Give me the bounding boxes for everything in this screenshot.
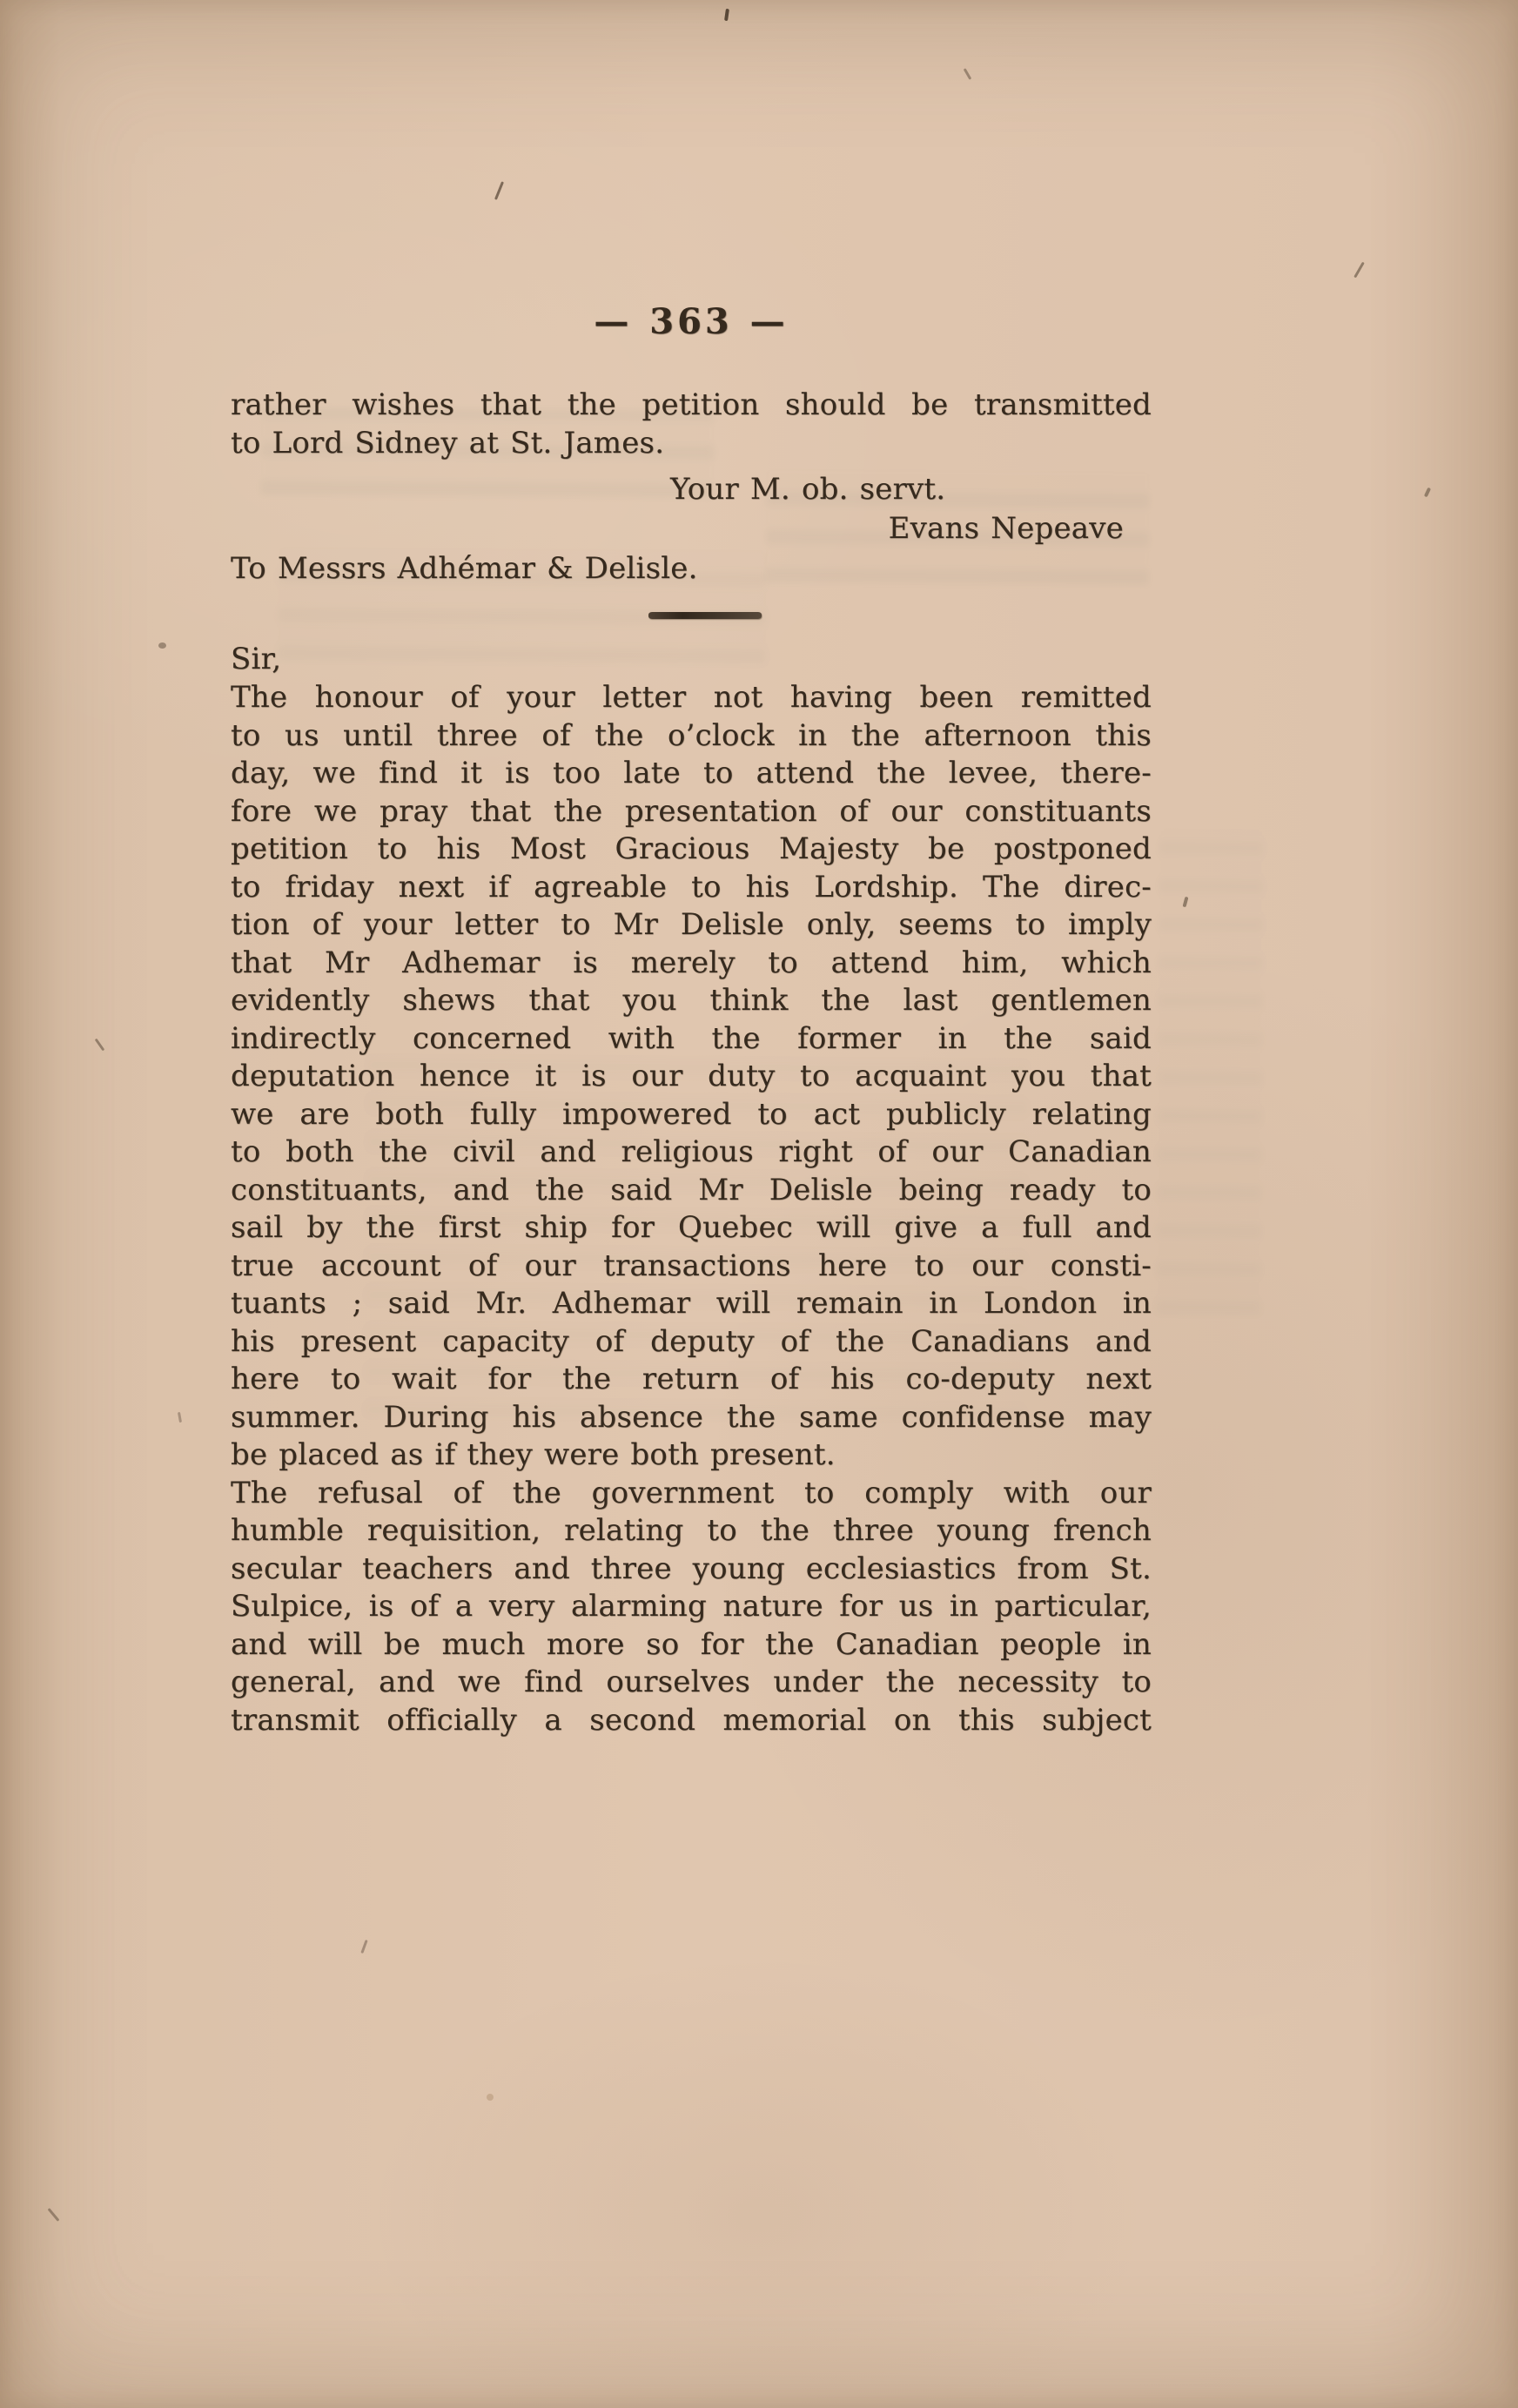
text-line: constituants, and the said Mr Delisle be… (231, 1172, 1152, 1210)
text-line: day, we find it is too late to attend th… (231, 755, 1152, 793)
text-line: to friday next if agreable to his Lordsh… (231, 869, 1152, 907)
text-line: transmit officially a second memorial on… (231, 1702, 1152, 1740)
letter-paragraph-2: The refusal of the government to comply … (231, 1475, 1152, 1740)
text-line: fore we pray that the presentation of ou… (231, 793, 1152, 831)
section-divider-rule (648, 612, 762, 619)
bleed-through-patch (1156, 827, 1264, 1315)
letter-body: The honour of your letter not having bee… (231, 679, 1152, 1739)
paper-speck (158, 642, 166, 649)
text-line: petition to his Most Gracious Majesty be… (231, 831, 1152, 869)
text-line: summer. During his absence the same conf… (231, 1399, 1152, 1437)
valediction: Your M. ob. servt. (231, 471, 1518, 509)
paper-speck (48, 2208, 60, 2222)
text-line: sail by the first ship for Quebec will g… (231, 1209, 1152, 1248)
text-line: his present capacity of deputy of the Ca… (231, 1323, 1152, 1362)
text-line: tuants ; said Mr. Adhemar will remain in… (231, 1285, 1152, 1323)
paper-speck (1183, 897, 1189, 908)
printed-area: — 363 — rather wishes that the petition … (231, 0, 1152, 2408)
text-line: The refusal of the government to comply … (231, 1475, 1152, 1513)
paper-speck (1353, 262, 1365, 279)
text-line: The honour of your letter not having bee… (231, 679, 1152, 717)
text-line: humble requisition, relating to the thre… (231, 1512, 1152, 1550)
text-line: tion of your letter to Mr Delisle only, … (231, 906, 1152, 945)
text-line: evidently shews that you think the last … (231, 982, 1152, 1020)
text-line: be placed as if they were both present. (231, 1436, 1152, 1475)
text-line: to Lord Sidney at St. James. (231, 425, 1152, 463)
text-line: true account of our transactions here to… (231, 1248, 1152, 1286)
salutation: Sir, (231, 641, 1152, 679)
text-line: indirectly concerned with the former in … (231, 1020, 1152, 1059)
previous-letter-continuation: rather wishes that the petition should b… (231, 387, 1152, 462)
text-line: and will be much more so for the Canadia… (231, 1626, 1152, 1665)
page-number: — 363 — (231, 303, 1152, 341)
text-line: here to wait for the return of his co-de… (231, 1361, 1152, 1399)
text-line: to both the civil and religious right of… (231, 1133, 1152, 1172)
signature: Evans Nepeave (231, 510, 1152, 548)
text-line: general, and we find ourselves under the… (231, 1664, 1152, 1702)
text-line: deputation hence it is our duty to acqua… (231, 1058, 1152, 1096)
text-line: that Mr Adhemar is merely to attend him,… (231, 945, 1152, 983)
scanned-page: — 363 — rather wishes that the petition … (0, 0, 1518, 2408)
text-line: Sulpice, is of a very alarming nature fo… (231, 1588, 1152, 1626)
letter-paragraph-1: The honour of your letter not having bee… (231, 679, 1152, 1475)
address-line: To Messrs Adhémar & Delisle. (231, 550, 1152, 589)
text-line: we are both fully impowered to act publi… (231, 1096, 1152, 1134)
paper-speck (178, 1412, 182, 1423)
paper-speck (95, 1039, 105, 1052)
text-line: rather wishes that the petition should b… (231, 387, 1152, 425)
text-line: to us until three of the o’clock in the … (231, 717, 1152, 756)
text-line: secular teachers and three young ecclesi… (231, 1550, 1152, 1589)
